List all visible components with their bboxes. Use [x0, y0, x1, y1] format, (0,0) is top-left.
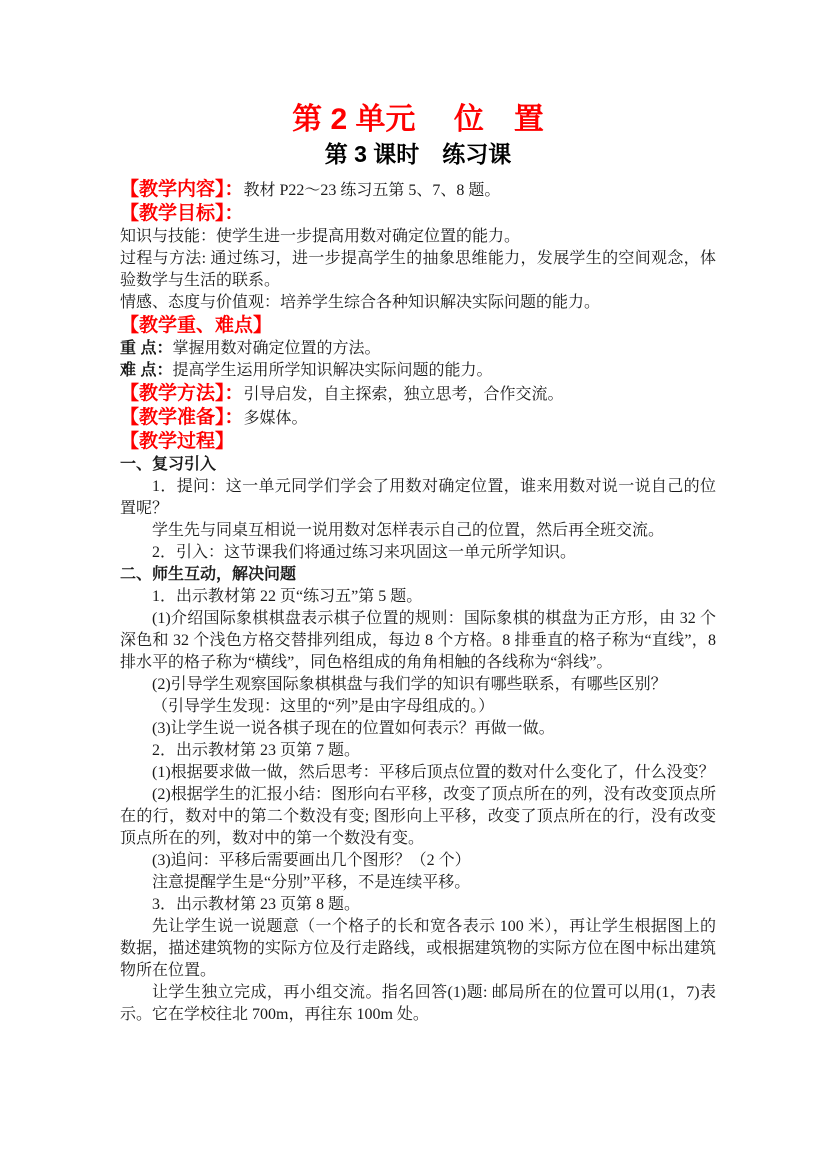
- paragraph-text: 先让学生说一说题意（一个格子的长和宽各表示 100 米），再让学生根据图上的数据…: [120, 918, 716, 979]
- document-body: 【教学内容】：教材 P22～23 练习五第 5、7、8 题。【教学目标】：知识与…: [120, 178, 716, 1026]
- unit-title: 第 2 单元 位 置: [120, 102, 716, 138]
- paragraph-text: 3．出示教材第 23 页第 8 题。: [152, 896, 360, 913]
- section-header-label: 【教学目标】：: [120, 203, 244, 224]
- para-emotion-values: 情感、态度与价值观：培养学生综合各种知识解决实际问题的能力。: [120, 292, 716, 314]
- header-teaching-preparation: 【教学准备】：多媒体。: [120, 406, 716, 430]
- section-header-label: 【教学方法】：: [120, 383, 244, 404]
- section-header-label: 【教学准备】：: [120, 407, 244, 428]
- heading-interaction-solve: 二、师生互动，解决问题: [120, 564, 716, 586]
- emphasis-label: 重 点：: [120, 340, 172, 357]
- emphasis-label: 二、师生互动，解决问题: [120, 566, 296, 583]
- paragraph-text: (1)根据要求做一做，然后思考：平移后顶点位置的数对什么变化了，什么没变？: [152, 764, 715, 781]
- header-teaching-methods: 【教学方法】：引导启发，自主探索，独立思考，合作交流。: [120, 382, 716, 406]
- para-task2-summary: (2)根据学生的汇报小结：图形向右平移，改变了顶点所在的列，没有改变顶点所在的行…: [120, 784, 716, 850]
- paragraph-text: 过程与方法: 通过练习，进一步提高学生的抽象思维能力，发展学生的空间观念，体验数…: [120, 250, 716, 289]
- para-task1-discover: （引导学生发现：这里的“列”是由字母组成的。）: [120, 696, 716, 718]
- paragraph-text: 2．出示教材第 23 页第 7 题。: [152, 742, 360, 759]
- paragraph-text: 让学生独立完成，再小组交流。指名回答(1)题: 邮局所在的位置可以用(1，7)表…: [120, 984, 716, 1023]
- paragraph-text: 教材 P22～23 练习五第 5、7、8 题。: [244, 182, 501, 199]
- para-task1-chess-rules: (1)介绍国际象棋棋盘表示棋子位置的规则：国际象棋的棋盘为正方形，由 32 个深…: [120, 608, 716, 674]
- para-task1-express: (3)让学生说一说各棋子现在的位置如何表示？再做一做。: [120, 718, 716, 740]
- emphasis-label: 难 点：: [120, 362, 172, 379]
- heading-review-intro: 一、复习引入: [120, 454, 716, 476]
- paragraph-text: 情感、态度与价值观：培养学生综合各种知识解决实际问题的能力。: [120, 294, 600, 311]
- para-task1-show: 1．出示教材第 22 页“练习五”第 5 题。: [120, 586, 716, 608]
- paragraph-text: (3)追问：平移后需要画出几个图形？（2 个）: [152, 852, 471, 869]
- header-teaching-goals: 【教学目标】：: [120, 202, 716, 226]
- para-key-point: 重 点：掌握用数对确定位置的方法。: [120, 338, 716, 360]
- paragraph-text: 提高学生运用所学知识解决实际问题的能力。: [172, 362, 492, 379]
- paragraph-text: (2)根据学生的汇报小结：图形向右平移，改变了顶点所在的列，没有改变顶点所在的行…: [120, 786, 716, 847]
- para-task2-remind: 注意提醒学生是“分别”平移，不是连续平移。: [120, 872, 716, 894]
- paragraph-text: 多媒体。: [244, 410, 308, 427]
- para-review-lead-in: 2．引入：这节课我们将通过练习来巩固这一单元所学知识。: [120, 542, 716, 564]
- para-task3-answer: 让学生独立完成，再小组交流。指名回答(1)题: 邮局所在的位置可以用(1，7)表…: [120, 982, 716, 1026]
- paragraph-text: (2)引导学生观察国际象棋棋盘与我们学的知识有哪些联系，有哪些区别？: [152, 676, 667, 693]
- para-task2-followup: (3)追问：平移后需要画出几个图形？（2 个）: [120, 850, 716, 872]
- paragraph-text: (3)让学生说一说各棋子现在的位置如何表示？再做一做。: [152, 720, 555, 737]
- paragraph-text: 1．提问：这一单元同学们学会了用数对确定位置，谁来用数对说一说自己的位置呢？: [120, 478, 716, 517]
- paragraph-text: （引导学生发现：这里的“列”是由字母组成的。）: [152, 698, 494, 715]
- section-header-label: 【教学过程】: [120, 431, 234, 452]
- para-task2-show: 2．出示教材第 23 页第 7 题。: [120, 740, 716, 762]
- paragraph-text: 学生先与同桌互相说一说用数对怎样表示自己的位置，然后再全班交流。: [152, 522, 664, 539]
- paragraph-text: 1．出示教材第 22 页“练习五”第 5 题。: [152, 588, 422, 605]
- paragraph-text: 知识与技能：使学生进一步提高用数对确定位置的能力。: [120, 228, 520, 245]
- section-header-label: 【教学内容】：: [120, 179, 244, 200]
- para-task3-meaning: 先让学生说一说题意（一个格子的长和宽各表示 100 米），再让学生根据图上的数据…: [120, 916, 716, 982]
- paragraph-text: 2．引入：这节课我们将通过练习来巩固这一单元所学知识。: [152, 544, 576, 561]
- para-difficult-point: 难 点：提高学生运用所学知识解决实际问题的能力。: [120, 360, 716, 382]
- para-task3-show: 3．出示教材第 23 页第 8 题。: [120, 894, 716, 916]
- para-knowledge-skills: 知识与技能：使学生进一步提高用数对确定位置的能力。: [120, 226, 716, 248]
- para-task2-think: (1)根据要求做一做，然后思考：平移后顶点位置的数对什么变化了，什么没变？: [120, 762, 716, 784]
- para-review-deskmate: 学生先与同桌互相说一说用数对怎样表示自己的位置，然后再全班交流。: [120, 520, 716, 542]
- header-key-difficult-points: 【教学重、难点】: [120, 314, 716, 338]
- document-content: 第 2 单元 位 置 第 3 课时 练习课 【教学内容】：教材 P22～23 练…: [120, 102, 716, 1026]
- para-process-methods: 过程与方法: 通过练习，进一步提高学生的抽象思维能力，发展学生的空间观念，体验数…: [120, 248, 716, 292]
- lesson-subtitle: 第 3 课时 练习课: [120, 140, 716, 169]
- lesson-plan-page: 第 2 单元 位 置 第 3 课时 练习课 【教学内容】：教材 P22～23 练…: [0, 0, 827, 1169]
- section-header-label: 【教学重、难点】: [120, 315, 272, 336]
- paragraph-text: 掌握用数对确定位置的方法。: [172, 340, 380, 357]
- header-teaching-process: 【教学过程】: [120, 430, 716, 454]
- paragraph-text: (1)介绍国际象棋棋盘表示棋子位置的规则：国际象棋的棋盘为正方形，由 32 个深…: [120, 610, 720, 671]
- para-task1-observe: (2)引导学生观察国际象棋棋盘与我们学的知识有哪些联系，有哪些区别？: [120, 674, 716, 696]
- paragraph-text: 引导启发，自主探索，独立思考，合作交流。: [244, 386, 564, 403]
- header-teaching-content: 【教学内容】：教材 P22～23 练习五第 5、7、8 题。: [120, 178, 716, 202]
- paragraph-text: 注意提醒学生是“分别”平移，不是连续平移。: [152, 874, 470, 891]
- emphasis-label: 一、复习引入: [120, 456, 216, 473]
- para-review-question: 1．提问：这一单元同学们学会了用数对确定位置，谁来用数对说一说自己的位置呢？: [120, 476, 716, 520]
